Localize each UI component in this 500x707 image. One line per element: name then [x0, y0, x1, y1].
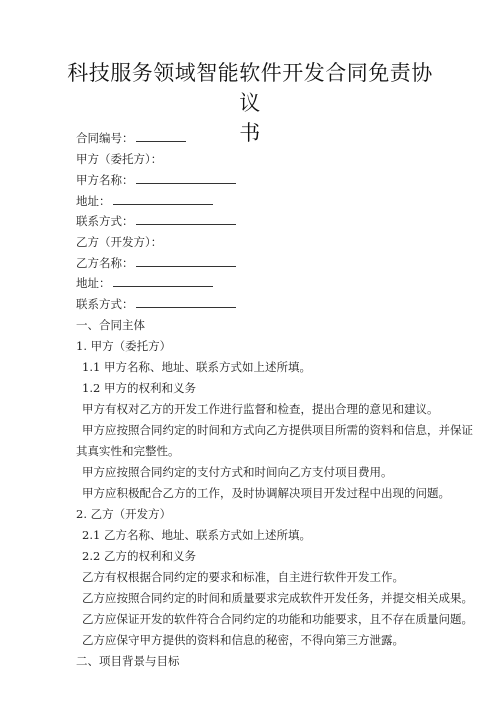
- paragraph: 乙方应保证开发的软件符合合同约定的功能和功能要求，且不存在质量问题。: [82, 611, 473, 627]
- field-label: 甲方名称：: [76, 173, 134, 187]
- paragraph: 乙方有权根据合同约定的要求和标准，自主进行软件开发工作。: [82, 569, 404, 585]
- clause-heading: 2.2 乙方的权利和义务: [82, 548, 196, 564]
- paragraph: 甲方应按照合同约定的时间和方式向乙方提供项目所需的资料和信息，并保证: [82, 422, 473, 438]
- clause: 1.1 甲方名称、地址、联系方式如上述所填。: [82, 359, 311, 375]
- paragraph: 乙方应按照合同约定的时间和质量要求完成软件开发任务，并提交相关成果。: [82, 590, 473, 606]
- subsection-heading: 2. 乙方（开发方）: [76, 506, 171, 522]
- contract-number-field: 合同编号：: [76, 130, 186, 146]
- paragraph: 乙方应保守甲方提供的资料和信息的秘密，不得向第三方泄露。: [82, 632, 404, 648]
- paragraph: 甲方应按照合同约定的支付方式和时间向乙方支付项目费用。: [82, 464, 393, 480]
- party-a-contact-field: 联系方式：: [76, 213, 236, 229]
- section-heading: 一、合同主体: [76, 317, 145, 333]
- field-label: 联系方式：: [76, 214, 134, 228]
- field-blank: [136, 213, 236, 225]
- field-blank: [136, 255, 236, 267]
- paragraph-continuation: 其真实性和完整性。: [76, 443, 180, 459]
- party-b-heading: 乙方（开发方）：: [76, 234, 162, 250]
- field-label: 地址：: [76, 194, 111, 208]
- field-blank: [113, 275, 213, 287]
- field-blank: [136, 296, 236, 308]
- field-label: 乙方（开发方）：: [76, 235, 162, 249]
- section-heading: 二、项目背景与目标: [76, 653, 180, 669]
- field-blank: [136, 172, 236, 184]
- party-a-name-field: 甲方名称：: [76, 172, 236, 188]
- party-b-contact-field: 联系方式：: [76, 296, 236, 312]
- paragraph: 甲方有权对乙方的开发工作进行监督和检查，提出合理的意见和建议。: [82, 401, 439, 417]
- field-label: 地址：: [76, 276, 111, 290]
- party-a-address-field: 地址：: [76, 193, 213, 209]
- field-blank: [113, 193, 213, 205]
- field-blank: [136, 130, 186, 142]
- clause: 2.1 乙方名称、地址、联系方式如上述所填。: [82, 527, 311, 543]
- party-a-heading: 甲方（委托方）：: [76, 151, 162, 167]
- title-line-1: 科技服务领域智能软件开发合同免责协议: [60, 58, 440, 118]
- document-page: 科技服务领域智能软件开发合同免责协议 书 合同编号： 甲方（委托方）： 甲方名称…: [0, 0, 500, 707]
- paragraph: 甲方应积极配合乙方的工作，及时协调解决项目开发过程中出现的问题。: [82, 485, 450, 501]
- subsection-heading: 1. 甲方（委托方）: [76, 338, 171, 354]
- field-label: 联系方式：: [76, 297, 134, 311]
- clause-heading: 1.2 甲方的权利和义务: [82, 380, 196, 396]
- party-b-name-field: 乙方名称：: [76, 255, 236, 271]
- field-label: 乙方名称：: [76, 256, 134, 270]
- field-label: 合同编号：: [76, 131, 134, 145]
- party-b-address-field: 地址：: [76, 275, 213, 291]
- field-label: 甲方（委托方）：: [76, 152, 162, 166]
